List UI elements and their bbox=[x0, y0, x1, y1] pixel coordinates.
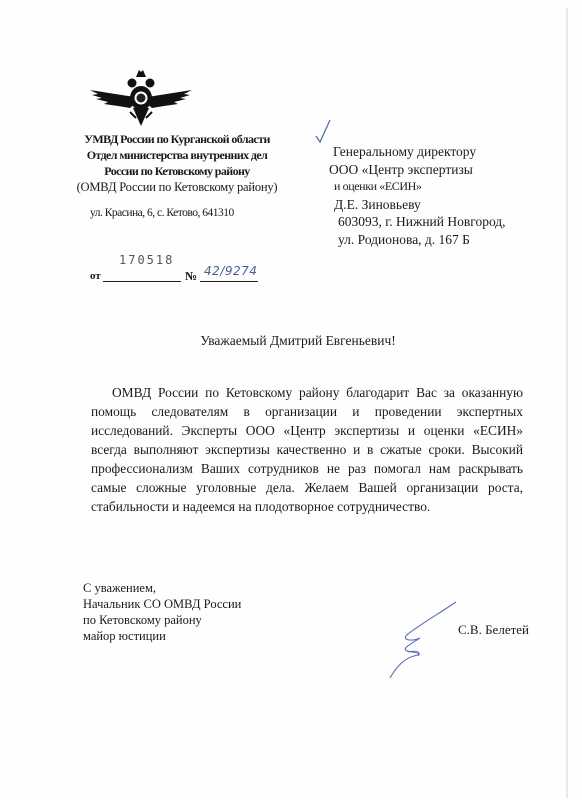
handwritten-signature-icon bbox=[388, 600, 458, 680]
checkmark-icon bbox=[314, 118, 332, 144]
number-underline bbox=[200, 281, 258, 282]
handwritten-number: 42/9274 bbox=[204, 264, 257, 278]
page-edge-line bbox=[566, 8, 568, 798]
recipient-line: Д.Е. Зиновьеву bbox=[334, 196, 506, 214]
closing-line: С уважением, bbox=[83, 580, 241, 596]
closing-line: майор юстиции bbox=[83, 628, 241, 644]
recipient-line: и оценки «ЕСИН» bbox=[334, 178, 506, 196]
registration-block: 170518 от № 42/9274 bbox=[88, 253, 268, 289]
org-short-name: (ОМВД России по Кетовскому району) bbox=[62, 179, 292, 196]
closing-line: Начальник СО ОМВД России bbox=[83, 596, 241, 612]
closing-line: по Кетовскому району bbox=[83, 612, 241, 628]
recipient-block: Генеральному директору ООО «Центр экспер… bbox=[320, 143, 506, 248]
org-line-3: России по Кетовскому району bbox=[62, 163, 292, 179]
recipient-line: 603093, г. Нижний Новгород, bbox=[338, 213, 506, 231]
date-label: от bbox=[90, 270, 101, 282]
org-line-1: УМВД России по Курганской области bbox=[62, 131, 292, 147]
date-stamp: 170518 bbox=[119, 253, 174, 267]
letterhead-address: ул. Красина, 6, с. Кетово, 641310 bbox=[90, 207, 234, 219]
salutation: Уважаемый Дмитрий Евгеньевич! bbox=[0, 333, 582, 349]
eagle-emblem-icon bbox=[86, 68, 196, 130]
closing-block: С уважением, Начальник СО ОМВД России по… bbox=[83, 580, 241, 644]
letter-body: ОМВД России по Кетовскому району благода… bbox=[91, 383, 523, 516]
org-line-2: Отдел министерства внутренних дел bbox=[62, 147, 292, 163]
number-label: № bbox=[185, 269, 197, 284]
recipient-line: ул. Родионова, д. 167 Б bbox=[338, 231, 506, 249]
letterhead-organization: УМВД России по Курганской области Отдел … bbox=[62, 131, 292, 196]
recipient-line: ООО «Центр экспертизы bbox=[329, 161, 506, 179]
recipient-line: Генеральному директору bbox=[333, 143, 506, 161]
date-underline bbox=[103, 281, 181, 282]
signer-name: С.В. Белетей bbox=[458, 622, 529, 638]
